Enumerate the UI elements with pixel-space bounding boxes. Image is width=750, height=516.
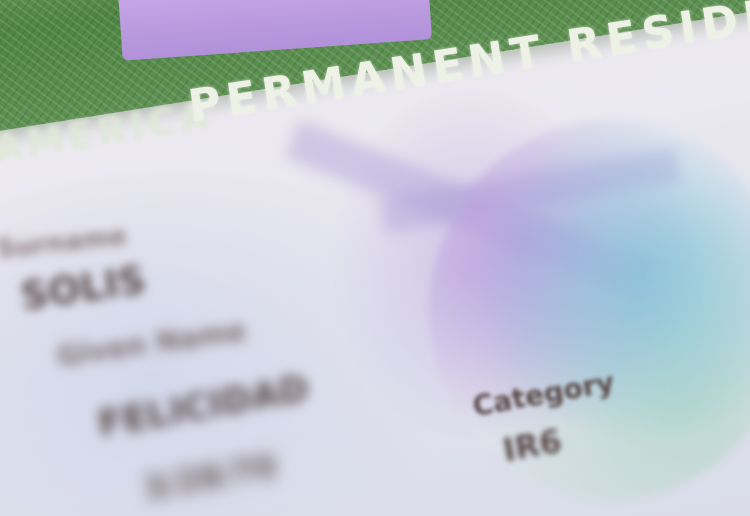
green-card-photo: AMERICA PERMANENT RESIDENT Surname SOLIS… xyxy=(0,0,750,516)
